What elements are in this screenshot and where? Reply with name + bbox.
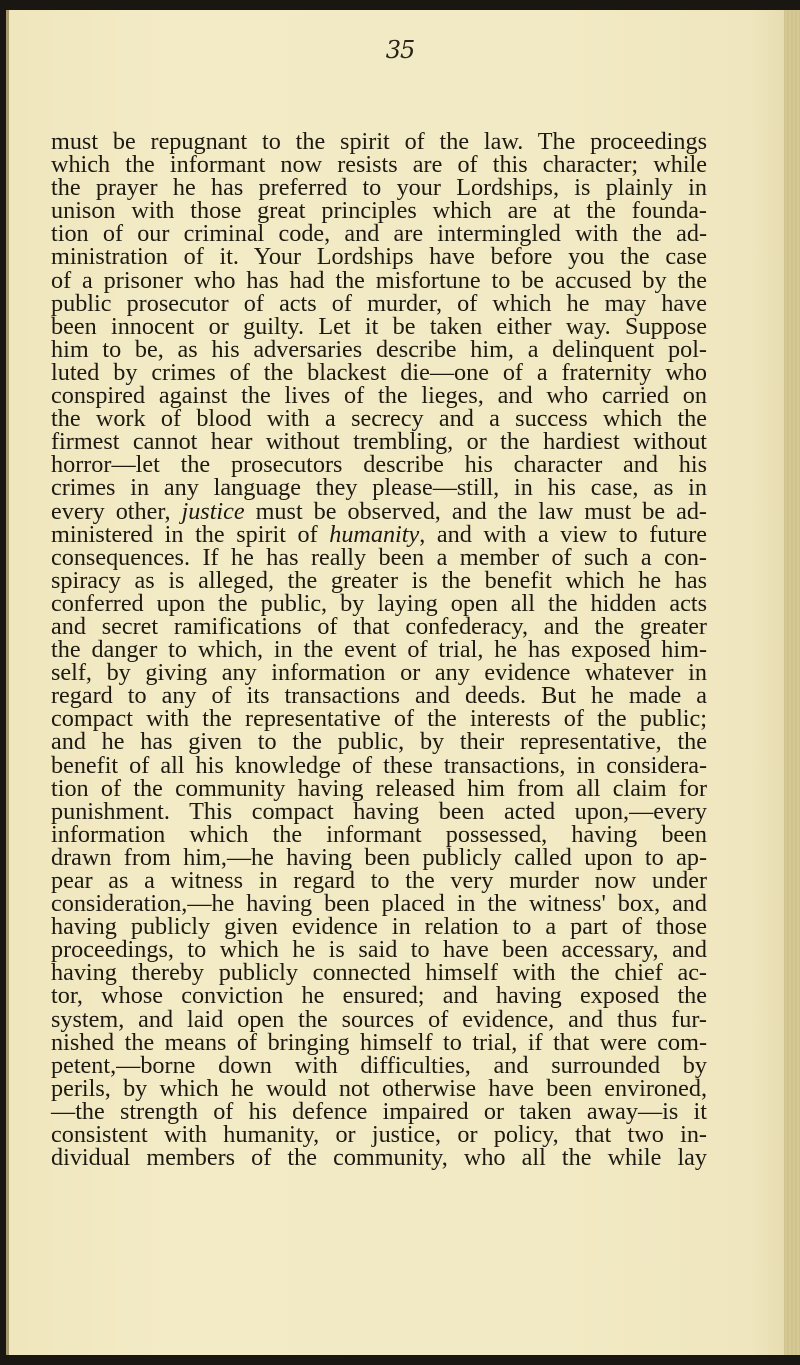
text-line: dividual members of the community, who a… (51, 1146, 707, 1169)
text-line: the work of blood with a secrecy and a s… (51, 407, 707, 430)
text-line: conferred upon the public, by laying ope… (51, 592, 707, 615)
text-line: tion of our criminal code, and are inter… (51, 222, 707, 245)
text-line: information which the informant possesse… (51, 823, 707, 846)
text-line: unison with those great principles which… (51, 199, 707, 222)
text-line: which the informant now resists are of t… (51, 153, 707, 176)
text-line: and he has given to the public, by their… (51, 730, 707, 753)
text-line: spiracy as is alleged, the greater is th… (51, 569, 707, 592)
text-line: of a prisoner who has had the misfortune… (51, 269, 707, 292)
text-line: firmest cannot hear without trembling, o… (51, 430, 707, 453)
text-line: crimes in any language they please—still… (51, 476, 707, 499)
text-line-italic-humanity: ministered in the spirit of humanity, an… (51, 523, 707, 546)
scanned-book-page: 35 must be repugnant to the spirit of th… (0, 0, 800, 1365)
text-line: punishment. This compact having been act… (51, 800, 707, 823)
text-line: him to be, as his adversaries describe h… (51, 338, 707, 361)
text-line: ministration of it. Your Lordships have … (51, 245, 707, 268)
text-line: pear as a witness in regard to the very … (51, 869, 707, 892)
text-line: self, by giving any information or any e… (51, 661, 707, 684)
text-line: —the strength of his defence impaired or… (51, 1100, 707, 1123)
text-line: tion of the community having released hi… (51, 777, 707, 800)
text-line: compact with the representative of the i… (51, 707, 707, 730)
text-line: the prayer he has preferred to your Lord… (51, 176, 707, 199)
text-line: public prosecutor of acts of murder, of … (51, 292, 707, 315)
text-line: been innocent or guilty. Let it be taken… (51, 315, 707, 338)
text-line: consistent with humanity, or justice, or… (51, 1123, 707, 1146)
text-line: system, and laid open the sources of evi… (51, 1008, 707, 1031)
text-line: conspired against the lives of the liege… (51, 384, 707, 407)
text-line: proceedings, to which he is said to have… (51, 938, 707, 961)
body-text: must be repugnant to the spirit of the l… (51, 130, 707, 1169)
text-line-italic-justice: every other, justice must be observed, a… (51, 500, 707, 523)
text-line: drawn from him,—he having been publicly … (51, 846, 707, 869)
text-line: petent,—borne down with difficulties, an… (51, 1054, 707, 1077)
text-line: must be repugnant to the spirit of the l… (51, 130, 707, 153)
text-line: having thereby publicly connected himsel… (51, 961, 707, 984)
text-line: luted by crimes of the blackest die—one … (51, 361, 707, 384)
page-edges (784, 10, 800, 1355)
text-line: tor, whose conviction he ensured; and ha… (51, 984, 707, 1007)
text-line: having publicly given evidence in relati… (51, 915, 707, 938)
text-line: regard to any of its transactions and de… (51, 684, 707, 707)
text-line: horror—let the prosecutors describe his … (51, 453, 707, 476)
text-line: consequences. If he has really been a me… (51, 546, 707, 569)
text-line: and secret ramifications of that confede… (51, 615, 707, 638)
text-line: benefit of all his knowledge of these tr… (51, 754, 707, 777)
text-line: perils, by which he would not otherwise … (51, 1077, 707, 1100)
text-line: consideration,—he having been placed in … (51, 892, 707, 915)
text-line: the danger to which, in the event of tri… (51, 638, 707, 661)
page-number: 35 (0, 36, 800, 64)
text-line: nished the means of bringing himself to … (51, 1031, 707, 1054)
